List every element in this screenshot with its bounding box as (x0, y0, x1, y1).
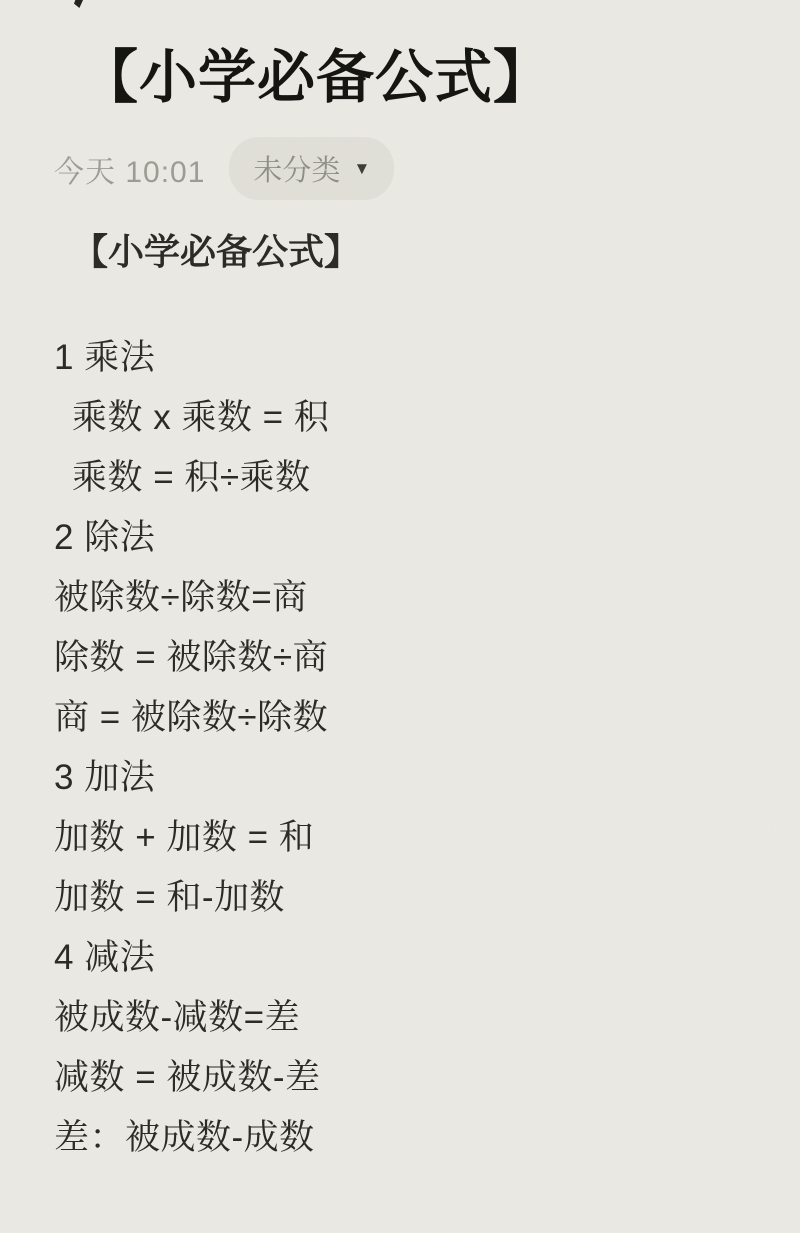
note-meta-row: 今天 10:01 未分类 ▼ (54, 137, 800, 200)
formula-line: 2 除法 (54, 508, 800, 568)
formula-line: 差：被成数-成数 (54, 1108, 800, 1168)
category-label: 未分类 (253, 148, 340, 189)
formula-line: 减数 = 被成数-差 (54, 1048, 800, 1108)
note-timestamp: 今天 10:01 (54, 147, 205, 191)
note-title[interactable]: 【小学必备公式】 (80, 44, 760, 111)
formula-list: 1 乘法 乘数 x 乘数 = 积 乘数 = 积÷乘数 2 除法 被除数÷除数=商… (54, 328, 800, 1168)
cutoff-glyph-artifact (74, 0, 83, 8)
formula-line: 3 加法 (54, 748, 800, 808)
formula-line: 除数 = 被除数÷商 (54, 628, 800, 688)
note-body[interactable]: 【小学必备公式】 1 乘法 乘数 x 乘数 = 积 乘数 = 积÷乘数 2 除法… (0, 230, 800, 1168)
formula-line: 加数 + 加数 = 和 (54, 808, 800, 868)
formula-line: 被成数-减数=差 (54, 988, 800, 1048)
formula-line: 商 = 被除数÷除数 (54, 688, 800, 748)
note-body-heading: 【小学必备公式】 (72, 230, 800, 274)
formula-line: 1 乘法 (54, 328, 800, 388)
formula-line: 被除数÷除数=商 (54, 568, 800, 628)
formula-line: 加数 = 和-加数 (54, 868, 800, 928)
formula-line: 乘数 = 积÷乘数 (54, 448, 800, 508)
category-selector[interactable]: 未分类 ▼ (229, 137, 394, 200)
formula-line: 乘数 x 乘数 = 积 (54, 388, 800, 448)
chevron-down-icon: ▼ (353, 160, 370, 177)
formula-line: 4 减法 (54, 928, 800, 988)
